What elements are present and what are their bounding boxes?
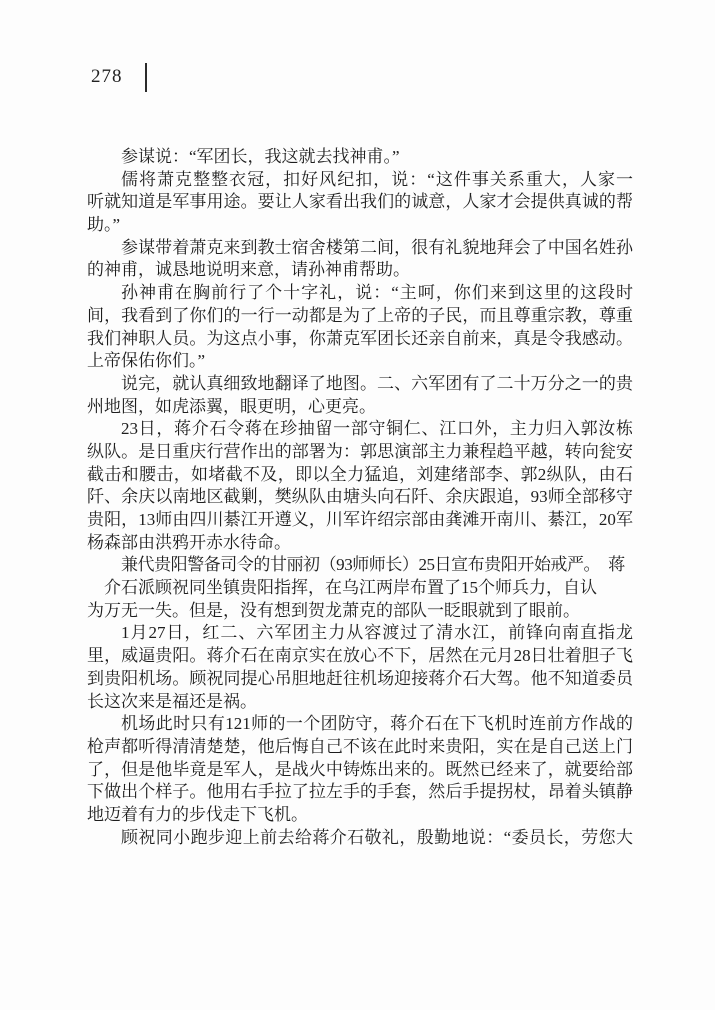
text-line: 地迈着有力的步伐走下飞机。 bbox=[87, 804, 633, 827]
text-line: 的神甫，诚恳地说明来意，请孙神甫帮助。 bbox=[87, 259, 633, 282]
text-line: 杨森部由洪鸦开赤水待命。 bbox=[87, 532, 633, 555]
text-line: 说完，就认真细致地翻译了地图。二、六军团有了二十万分之一的贵 bbox=[87, 373, 633, 396]
text-line: 孙神甫在胸前行了个十字礼，说：“主呵，你们来到这里的这段时 bbox=[87, 282, 633, 305]
text-line: 我们神职人员。为这点小事，你萧克军团长还亲自前来，真是令我感动。 bbox=[87, 328, 633, 351]
text-line: 了，但是他毕竟是军人，是战火中铸炼出来的。既然已经来了，就要给部 bbox=[87, 759, 633, 782]
text-line: 里，威逼贵阳。蒋介石在南京实在放心不下，居然在元月28日壮着胆子飞 bbox=[87, 645, 633, 668]
text-line: 州地图，如虎添翼，眼更明，心更亮。 bbox=[87, 396, 633, 419]
text-line: 介石派顾祝同坐镇贵阳指挥，在乌江两岸布置了15个师兵力，自认 bbox=[87, 577, 633, 600]
text-line: 听就知道是军事用途。要让人家看出我们的诚意，人家才会提供真诚的帮 bbox=[87, 191, 633, 214]
text-line: 助。” bbox=[87, 214, 633, 237]
text-line: 到贵阳机场。顾祝同提心吊胆地赶往机场迎接蒋介石大驾。他不知道委员 bbox=[87, 668, 633, 691]
text-line: 机场此时只有121师的一个团防守，蒋介石在下飞机时连前方作战的 bbox=[87, 713, 633, 736]
text-block: 参谋说：“军团长，我这就去找神甫。”儒将萧克整整衣冠，扣好风纪扣，说：“这件事关… bbox=[87, 146, 633, 849]
text-line: 顾祝同小跑步迎上前去给蒋介石敬礼，殷勤地说：“委员长，劳您大 bbox=[87, 827, 633, 850]
text-line: 儒将萧克整整衣冠，扣好风纪扣，说：“这件事关系重大，人家一 bbox=[87, 169, 633, 192]
text-line: 间，我看到了你们的一行一动都是为了上帝的子民，而且尊重宗教，尊重 bbox=[87, 305, 633, 328]
text-line: 1月27日，红二、六军团主力从容渡过了清水江，前锋向南直指龙 bbox=[87, 622, 633, 645]
text-line: 贵阳，13师由四川綦江开遵义，川军许绍宗部由龚滩开南川、綦江，20军 bbox=[87, 509, 633, 532]
text-line: 参谋说：“军团长，我这就去找神甫。” bbox=[87, 146, 633, 169]
text-line: 纵队。是日重庆行营作出的部署为：郭思演部主力兼程趋平越，转向瓮安 bbox=[87, 441, 633, 464]
text-line: 兼代贵阳警备司令的甘丽初（93师师长）25日宣布贵阳开始戒严。 蒋 bbox=[87, 554, 633, 577]
text-line: 枪声都听得清清楚楚，他后悔自己不该在此时来贵阳，实在是自己送上门 bbox=[87, 736, 633, 759]
text-line: 参谋带着萧克来到教士宿舍楼第二间，很有礼貌地拜会了中国名姓孙 bbox=[87, 237, 633, 260]
text-line: 下做出个样子。他用右手拉了拉左手的手套，然后手提拐杖，昂着头镇静 bbox=[87, 781, 633, 804]
book-page: 278 参谋说：“军团长，我这就去找神甫。”儒将萧克整整衣冠，扣好风纪扣，说：“… bbox=[0, 0, 715, 1010]
page-number-rule bbox=[145, 63, 147, 92]
text-line: 截击和腰击，如堵截不及，即以全力猛追，刘建绪部李、郭2纵队，由石 bbox=[87, 464, 633, 487]
text-line: 长这次来是福还是祸。 bbox=[87, 691, 633, 714]
text-line: 23日，蒋介石令蒋在珍抽留一部守铜仁、江口外，主力归入郭汝栋 bbox=[87, 418, 633, 441]
text-line: 为万无一失。但是，没有想到贺龙萧克的部队一眨眼就到了眼前。 bbox=[87, 600, 633, 623]
text-line: 上帝保佑你们。” bbox=[87, 350, 633, 373]
text-line: 阡、余庆以南地区截剿，樊纵队由塘头向石阡、余庆跟追，93师全部移守 bbox=[87, 486, 633, 509]
page-number: 278 bbox=[91, 66, 123, 87]
